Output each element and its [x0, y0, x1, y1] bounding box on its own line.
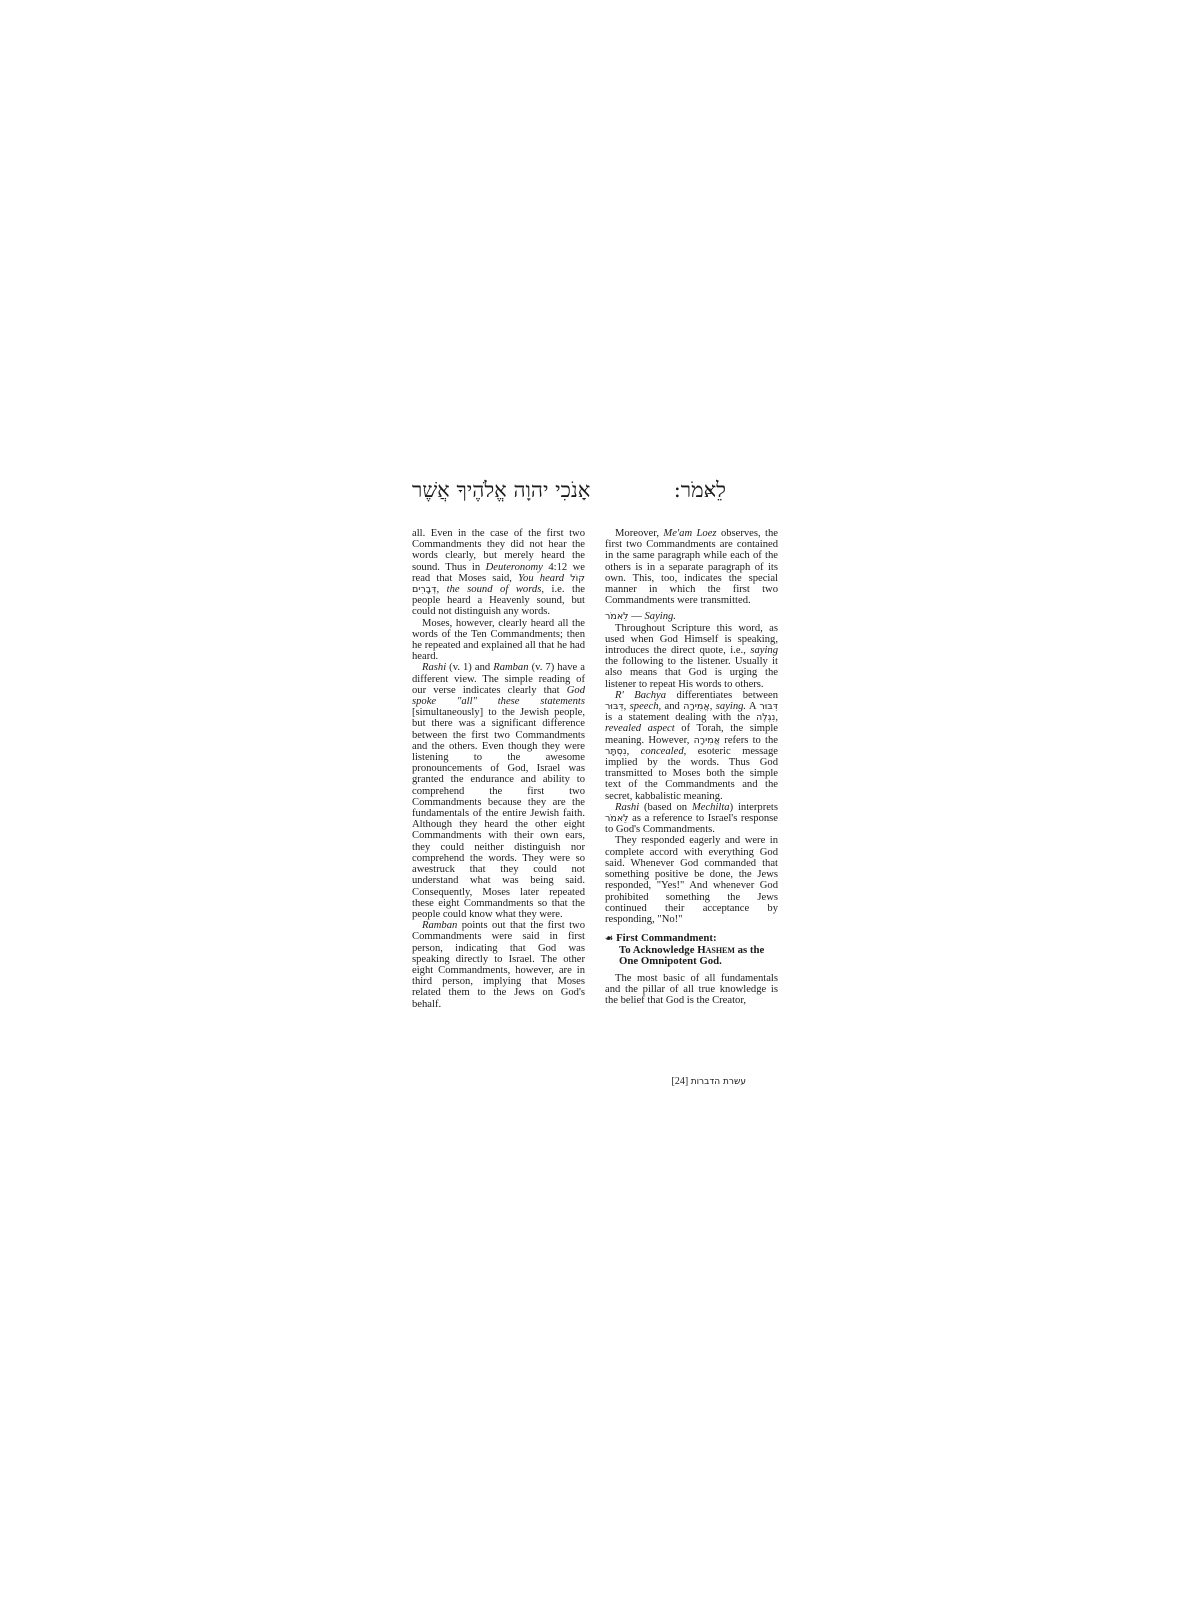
- section-heading: ☙First Commandment: To Acknowledge Hashe…: [605, 933, 778, 968]
- paragraph: Moses, however, clearly heard all the wo…: [412, 618, 585, 663]
- paragraph: Rashi (based on Mechilta) interprets לֵא…: [605, 802, 778, 836]
- lemma: לֵאמֹר — Saying.: [605, 611, 778, 622]
- book-page: אָנֹכִי יהוָה אֱלֹהֶיךָ אֲשֶׁר ב לֵאמֹר:…: [412, 478, 782, 1118]
- paragraph: R' Bachya differentiates between דִּבּוּ…: [605, 690, 778, 802]
- hebrew-lemma: לֵאמֹר: [605, 611, 629, 622]
- right-column: Moreover, Me'am Loez observes, the first…: [605, 528, 778, 1006]
- page-number: [24]: [672, 1076, 689, 1087]
- paragraph: Moreover, Me'am Loez observes, the first…: [605, 528, 778, 606]
- running-title: עשרת הדברות: [691, 1077, 746, 1087]
- paragraph: The most basic of all fundamentals and t…: [605, 973, 778, 1007]
- paragraph: all. Even in the case of the first two C…: [412, 528, 585, 618]
- hebrew-verse-ending: לֵאמֹר:: [674, 478, 726, 503]
- paragraph: Ramban points out that the first two Com…: [412, 920, 585, 1010]
- verse-header: אָנֹכִי יהוָה אֱלֹהֶיךָ אֲשֶׁר ב לֵאמֹר:: [412, 478, 782, 508]
- paragraph: They responded eagerly and were in compl…: [605, 835, 778, 925]
- page-footer: עשרת הדברות [24]: [672, 1076, 767, 1087]
- hebrew-verse-text: אָנֹכִי יהוָה אֱלֹהֶיךָ אֲשֶׁר: [412, 478, 590, 503]
- left-column: all. Even in the case of the first two C…: [412, 528, 585, 1010]
- paragraph: Rashi (v. 1) and Ramban (v. 7) have a di…: [412, 662, 585, 920]
- fleuron-icon: ☙: [605, 933, 613, 943]
- paragraph: Throughout Scripture this word, as used …: [605, 623, 778, 690]
